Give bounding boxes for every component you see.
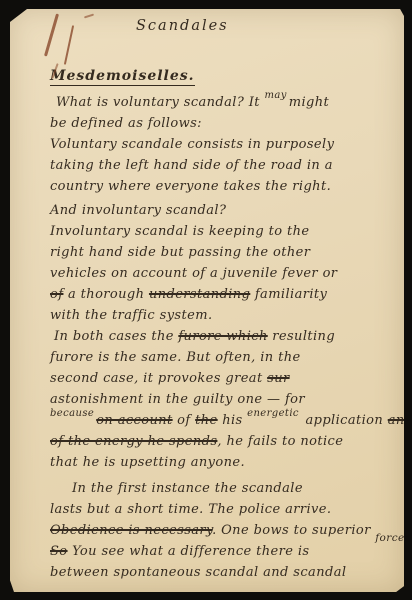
handwritten-text: . One bows to superior xyxy=(212,523,375,538)
manuscript-line: that he is upsetting anyone. xyxy=(50,452,398,473)
handwritten-text: might xyxy=(289,95,329,110)
handwritten-text: country where everyone takes the right. xyxy=(50,179,331,194)
manuscript-line: lasts but a short time. The police arriv… xyxy=(50,499,398,520)
handwritten-text: And involuntary scandal? xyxy=(50,203,226,218)
manuscript-line: What is voluntary scandal? It maymight xyxy=(50,92,398,113)
manuscript-line: between spontaneous scandal and scandal xyxy=(50,562,398,583)
manuscript-line: And involuntary scandal? xyxy=(50,200,398,221)
manuscript-line: Obedience is necessary. One bows to supe… xyxy=(50,520,398,541)
struck-out-text: the xyxy=(195,413,218,428)
pencil-stroke-icon xyxy=(64,25,74,65)
handwritten-text: furore is the same. But often, in the xyxy=(50,350,301,365)
handwritten-text: second case, it provokes great xyxy=(50,371,267,386)
handwritten-text: astonishment in the guilty one — for xyxy=(50,392,305,407)
manuscript-line: with the traffic system. xyxy=(50,305,398,326)
pencil-stroke-icon xyxy=(84,14,94,19)
handwritten-text: be defined as follows: xyxy=(50,116,202,131)
handwritten-text: that he is upsetting anyone. xyxy=(50,455,245,470)
inserted-word-above: energetic xyxy=(247,409,299,419)
manuscript-line: Involuntary scandal is keeping to the xyxy=(50,221,398,242)
handwritten-text: between spontaneous scandal and scandal xyxy=(50,565,346,580)
manuscript-line: taking the left hand side of the road in… xyxy=(50,155,398,176)
handwritten-text: What is voluntary scandal? It xyxy=(56,95,264,110)
struck-out-text: Obedience is necessary xyxy=(50,523,212,538)
struck-out-text: of xyxy=(50,287,63,302)
handwritten-text: In the first instance the scandale xyxy=(72,481,303,496)
inserted-word-above: may xyxy=(264,91,286,101)
handwritten-text: , he fails to notice xyxy=(217,434,343,449)
handwritten-text: right hand side but passing the other xyxy=(50,245,310,260)
handwritten-text: his xyxy=(218,413,247,428)
struck-out-text: furore which xyxy=(178,329,267,344)
struck-out-text: of the energy he spends xyxy=(50,434,217,449)
pencil-stroke-icon xyxy=(51,63,58,79)
struck-out-text: and xyxy=(388,413,412,428)
manuscript-line: right hand side but passing the other xyxy=(50,242,398,263)
struck-out-text: So xyxy=(50,544,68,559)
pencil-marks-icon xyxy=(24,11,94,81)
inserted-word-below: force. xyxy=(375,533,408,543)
manuscript-line: country where everyone takes the right. xyxy=(50,176,398,197)
manuscript-line: So You see what a difference there is xyxy=(50,541,398,562)
handwritten-text: In both cases the xyxy=(54,329,178,344)
handwritten-text: Voluntary scandale consists in purposely xyxy=(50,137,334,152)
manuscript-line: vehicles on account of a juvenile fever … xyxy=(50,263,398,284)
manuscript-line: Voluntary scandale consists in purposely xyxy=(50,134,398,155)
manuscript-line: of a thorough understanding familiarity xyxy=(50,284,398,305)
handwritten-text: resulting xyxy=(268,329,335,344)
handwritten-text: Involuntary scandal is keeping to the xyxy=(50,224,310,239)
handwritten-text: You see what a difference there is xyxy=(68,544,310,559)
manuscript-line: furore is the same. But often, in the xyxy=(50,347,398,368)
manuscript-line: be defined as follows: xyxy=(50,113,398,134)
struck-out-text: understanding xyxy=(149,287,250,302)
handwritten-text: a thorough xyxy=(63,287,148,302)
handwritten-text: taking the left hand side of the road in… xyxy=(50,158,333,173)
pencil-stroke-icon xyxy=(44,13,59,56)
manuscript-lines: What is voluntary scandal? It maymightbe… xyxy=(10,92,404,583)
manuscript-line: astonishment in the guilty one — for xyxy=(50,389,398,410)
manuscript-line: In the first instance the scandale xyxy=(50,478,398,499)
struck-out-text: sur xyxy=(267,371,289,386)
inserted-word-above: because xyxy=(50,409,94,419)
struck-out-text: on account xyxy=(96,413,172,428)
handwritten-text: of xyxy=(173,413,196,428)
manuscript-line: second case, it provokes great sur xyxy=(50,368,398,389)
handwritten-text: vehicles on account of a juvenile fever … xyxy=(50,266,337,281)
manuscript-line: In both cases the furore which resulting xyxy=(50,326,398,347)
handwritten-text: application xyxy=(301,413,388,428)
handwritten-text: with the traffic system. xyxy=(50,308,212,323)
manuscript-line: of the energy he spends, he fails to not… xyxy=(50,431,398,452)
manuscript-page: Scandales Mesdemoiselles. What is volunt… xyxy=(10,9,404,592)
handwritten-text: lasts but a short time. The police arriv… xyxy=(50,502,331,517)
manuscript-line: because on account of the his energetic … xyxy=(50,410,398,431)
handwritten-text: familiarity xyxy=(250,287,327,302)
